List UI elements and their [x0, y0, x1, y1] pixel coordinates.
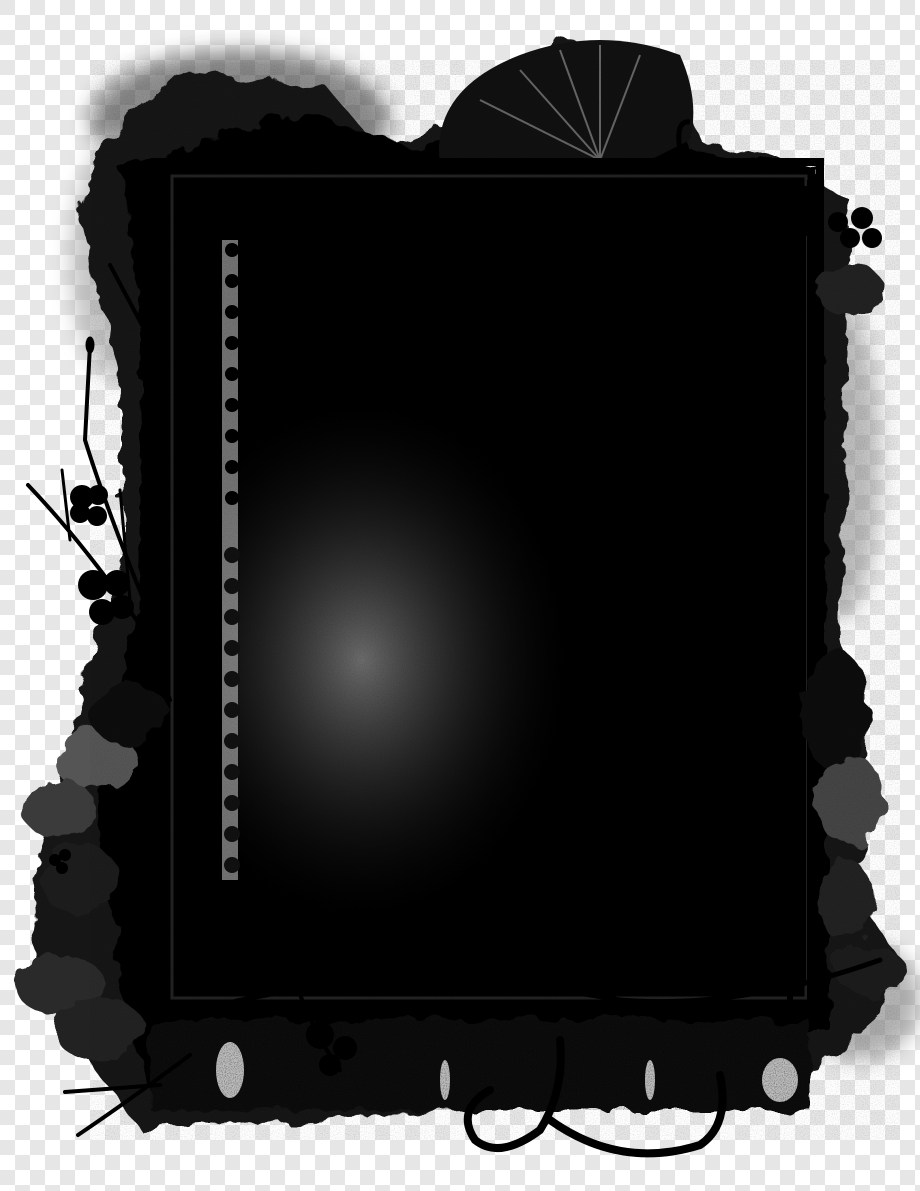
grunge-frame-image — [0, 0, 920, 1191]
grain-texture — [90, 60, 900, 1140]
frame-artwork — [0, 0, 920, 1191]
